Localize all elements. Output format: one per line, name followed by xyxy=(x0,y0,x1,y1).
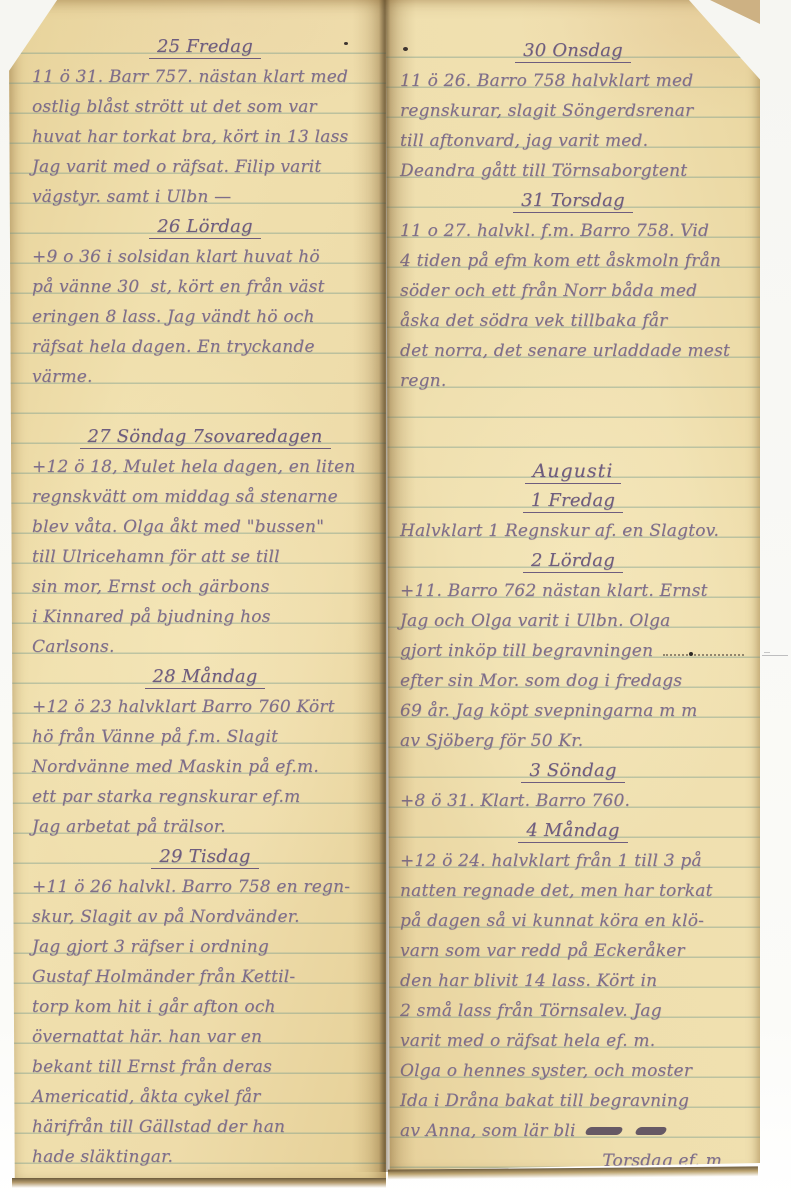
handwriting-line: +12 ö 23 halvklart Barro 760 Kört xyxy=(32,692,378,722)
handwriting-line: vägstyr. samt i Ulbn — xyxy=(32,182,378,212)
handwriting-text: +12 ö 24. halvklart från 1 till 3 på xyxy=(400,846,702,876)
handwriting-text: 4 tiden på efm kom ett åskmoln från xyxy=(400,246,721,276)
handwriting-text: 69 år. Jag köpt svepningarna m m xyxy=(400,696,697,726)
handwriting-text: den har blivit 14 lass. Kört in xyxy=(400,966,657,996)
handwriting-text: Halvklart 1 Regnskur af. en Slagtov. xyxy=(400,516,719,546)
handwriting-line: Americatid, åkta cykel får xyxy=(32,1082,378,1112)
handwriting-line: åska det södra vek tillbaka får xyxy=(400,306,746,336)
handwriting-text: Jag gjort 3 räfser i ordning xyxy=(32,932,269,962)
handwriting-line: 4 tiden på efm kom ett åskmoln från xyxy=(400,246,746,276)
handwriting-text: av Anna, som lär bli xyxy=(400,1116,576,1146)
handwriting-text: Gustaf Holmänder från Kettil- xyxy=(32,962,295,992)
handwriting-text: av Sjöberg för 50 Kr. xyxy=(400,726,583,756)
blank-line xyxy=(32,392,378,422)
handwriting-line: på vänne 30 st, kört en från väst xyxy=(32,272,378,302)
handwriting-line: torp kom hit i går afton och xyxy=(32,992,378,1022)
handwriting-line: efter sin Mor. som dog i fredags xyxy=(400,666,746,696)
handwriting-text: hö från Vänne på f.m. Slagit xyxy=(32,722,278,752)
handwriting-line: Carlsons. xyxy=(32,632,378,662)
handwriting-line: +12 ö 18, Mulet hela dagen, en liten xyxy=(32,452,378,482)
handwriting-line: av Anna, som lär bli xyxy=(400,1116,746,1146)
entry-heading: 28 Måndag xyxy=(32,662,378,692)
handwriting-text: Nordvänne med Maskin på ef.m. xyxy=(32,752,319,782)
handwriting-text: +12 ö 18, Mulet hela dagen, en liten xyxy=(32,452,355,482)
handwriting-line: Nordvänne med Maskin på ef.m. xyxy=(32,752,378,782)
handwriting-line: +9 o 36 i solsidan klart huvat hö xyxy=(32,242,378,272)
handwriting-text: på vänne 30 st, kört en från väst xyxy=(32,272,325,302)
handwriting-text: Jag och Olga varit i Ulbn. Olga xyxy=(400,606,671,636)
handwriting-text: i Kinnared på bjudning hos xyxy=(32,602,271,632)
diary-right-page: 30 Onsdag11 ö 26. Barro 758 halvklart me… xyxy=(386,0,760,1170)
handwriting-line: regn. xyxy=(400,366,746,396)
strikethrough-scribble xyxy=(634,1127,668,1135)
entry-heading-text: 4 Måndag xyxy=(518,820,627,843)
handwriting-text: +11 ö 26 halvkl. Barro 758 en regn- xyxy=(32,872,350,902)
handwriting-text: Jag arbetat på trälsor. xyxy=(32,812,226,842)
handwriting-line: 11 ö 31. Barr 757. nästan klart med xyxy=(32,62,378,92)
handwriting-text: det norra, det senare urladdade mest xyxy=(400,336,730,366)
handwriting-line: Halvklart 1 Regnskur af. en Slagtov. xyxy=(400,516,746,546)
entry-heading-text: 28 Måndag xyxy=(145,666,266,689)
handwriting-line: varit med o räfsat hela ef. m. xyxy=(400,1026,746,1056)
diary-left-page: 25 Fredag11 ö 31. Barr 757. nästan klart… xyxy=(8,0,386,1180)
handwriting-text: regnskvätt om middag så stenarne xyxy=(32,482,338,512)
handwriting-line: det norra, det senare urladdade mest xyxy=(400,336,746,366)
handwriting-text: räfsat hela dagen. En tryckande xyxy=(32,332,315,362)
entry-heading-text: 29 Tisdag xyxy=(151,846,258,869)
entry-heading: Augusti xyxy=(400,456,746,486)
handwriting-text: Torsdag ef. m xyxy=(602,1146,722,1176)
handwriting-line: Jag gjort 3 räfser i ordning xyxy=(32,932,378,962)
entry-heading: 1 Fredag xyxy=(400,486,746,516)
handwriting-line: varn som var redd på Eckeråker xyxy=(400,936,746,966)
handwriting-line: 2 små lass från Törnsalev. Jag xyxy=(400,996,746,1026)
ink-speck xyxy=(403,47,408,51)
handwriting-text: söder och ett från Norr båda med xyxy=(400,276,697,306)
handwriting-line: 69 år. Jag köpt svepningarna m m xyxy=(400,696,746,726)
handwriting-text: ostlig blåst strött ut det som var xyxy=(32,92,317,122)
entry-heading-text: 26 Lördag xyxy=(149,216,261,239)
handwriting-text: bekant till Ernst från deras xyxy=(32,1052,272,1082)
entry-heading: 30 Onsdag xyxy=(400,36,746,66)
handwriting-text: Ida i Dråna bakat till begravning xyxy=(400,1086,689,1116)
handwriting-line: regnskurar, slagit Söngerdsrenar xyxy=(400,96,746,126)
entry-heading: 2 Lördag xyxy=(400,546,746,576)
entry-heading-text: 27 Söndag 7sovaredagen xyxy=(80,426,331,449)
entry-heading: 29 Tisdag xyxy=(32,842,378,872)
handwriting-line: Torsdag ef. m xyxy=(400,1146,746,1176)
handwriting-text: Americatid, åkta cykel får xyxy=(32,1082,261,1112)
handwriting-line: ett par starka regnskurar ef.m xyxy=(32,782,378,812)
handwriting-line: ostlig blåst strött ut det som var xyxy=(32,92,378,122)
entry-heading: 3 Söndag xyxy=(400,756,746,786)
handwriting-line: värme. xyxy=(32,362,378,392)
handwriting-line: +12 ö 24. halvklart från 1 till 3 på xyxy=(400,846,746,876)
entry-heading: 31 Torsdag xyxy=(400,186,746,216)
handwriting-line: den har blivit 14 lass. Kört in xyxy=(400,966,746,996)
underlying-page-corner xyxy=(710,0,760,24)
right-page-text: 30 Onsdag11 ö 26. Barro 758 halvklart me… xyxy=(386,0,760,1170)
handwriting-line: +11. Barro 762 nästan klart. Ernst xyxy=(400,576,746,606)
handwriting-text: huvat har torkat bra, kört in 13 lass xyxy=(32,122,348,152)
handwriting-line: natten regnade det, men har torkat xyxy=(400,876,746,906)
handwriting-line: gjort inköp till begravningen xyxy=(400,636,746,666)
left-page-text: 25 Fredag11 ö 31. Barr 757. nästan klart… xyxy=(8,0,386,1180)
handwriting-line: i Kinnared på bjudning hos xyxy=(32,602,378,632)
handwriting-line: söder och ett från Norr båda med xyxy=(400,276,746,306)
handwriting-text: 11 ö 31. Barr 757. nästan klart med xyxy=(32,62,348,92)
handwriting-text: på dagen så vi kunnat köra en klö- xyxy=(400,906,704,936)
entry-heading: 27 Söndag 7sovaredagen xyxy=(32,422,378,452)
handwriting-line: Jag och Olga varit i Ulbn. Olga xyxy=(400,606,746,636)
handwriting-text: regn. xyxy=(400,366,446,396)
handwriting-line: Gustaf Holmänder från Kettil- xyxy=(32,962,378,992)
handwriting-text: härifrån till Gällstad der han xyxy=(32,1112,285,1142)
handwriting-line: bekant till Ernst från deras xyxy=(32,1052,378,1082)
entry-heading-text: 25 Fredag xyxy=(149,36,261,59)
handwriting-text: värme. xyxy=(32,362,93,392)
handwriting-text: +9 o 36 i solsidan klart huvat hö xyxy=(32,242,320,272)
handwriting-line: +11 ö 26 halvkl. Barro 758 en regn- xyxy=(32,872,378,902)
handwriting-text: sin mor, Ernst och gärbons xyxy=(32,572,270,602)
handwriting-text: ett par starka regnskurar ef.m xyxy=(32,782,300,812)
handwriting-text: 2 små lass från Törnsalev. Jag xyxy=(400,996,662,1026)
handwriting-text: torp kom hit i går afton och xyxy=(32,992,276,1022)
margin-pencil-mark xyxy=(762,651,788,661)
handwriting-text: till Ulricehamn för att se till xyxy=(32,542,280,572)
handwriting-text: varn som var redd på Eckeråker xyxy=(400,936,685,966)
ink-speck xyxy=(689,652,693,656)
entry-heading-text: 31 Torsdag xyxy=(513,190,633,213)
handwriting-text: varit med o räfsat hela ef. m. xyxy=(400,1026,655,1056)
handwriting-text: Carlsons. xyxy=(32,632,115,662)
handwriting-line: Deandra gått till Törnsaborgtent xyxy=(400,156,746,186)
handwriting-line: 11 ö 26. Barro 758 halvklart med xyxy=(400,66,746,96)
blank-line xyxy=(400,426,746,456)
handwriting-line: på dagen så vi kunnat köra en klö- xyxy=(400,906,746,936)
handwriting-text: efter sin Mor. som dog i fredags xyxy=(400,666,682,696)
handwriting-line: till aftonvard, jag varit med. xyxy=(400,126,746,156)
handwriting-line: till Ulricehamn för att se till xyxy=(32,542,378,572)
handwriting-line: räfsat hela dagen. En tryckande xyxy=(32,332,378,362)
handwriting-text: vägstyr. samt i Ulbn — xyxy=(32,182,231,212)
handwriting-text: +8 ö 31. Klart. Barro 760. xyxy=(400,786,630,816)
entry-heading-text: Augusti xyxy=(525,460,622,484)
handwriting-line: av Sjöberg för 50 Kr. xyxy=(400,726,746,756)
handwriting-line: Ida i Dråna bakat till begravning xyxy=(400,1086,746,1116)
handwriting-line: Jag varit med o räfsat. Filip varit xyxy=(32,152,378,182)
handwriting-text: natten regnade det, men har torkat xyxy=(400,876,713,906)
handwriting-line: övernattat här. han var en xyxy=(32,1022,378,1052)
handwriting-text: blev våta. Olga åkt med "bussen" xyxy=(32,512,324,542)
handwriting-text: hade släktingar. xyxy=(32,1142,173,1172)
handwriting-text: 11 ö 26. Barro 758 halvklart med xyxy=(400,66,693,96)
handwriting-text: +11. Barro 762 nästan klart. Ernst xyxy=(400,576,708,606)
handwriting-line: Olga o hennes syster, och moster xyxy=(400,1056,746,1086)
handwriting-text: regnskurar, slagit Söngerdsrenar xyxy=(400,96,693,126)
entry-heading: 4 Måndag xyxy=(400,816,746,846)
handwriting-line: regnskvätt om middag så stenarne xyxy=(32,482,378,512)
strikethrough-scribble xyxy=(584,1127,624,1135)
handwriting-text: eringen 8 lass. Jag vändt hö och xyxy=(32,302,315,332)
handwriting-text: åska det södra vek tillbaka får xyxy=(400,306,668,336)
handwriting-line: 11 o 27. halvkl. f.m. Barro 758. Vid xyxy=(400,216,746,246)
handwriting-text: till aftonvard, jag varit med. xyxy=(400,126,648,156)
handwriting-line: eringen 8 lass. Jag vändt hö och xyxy=(32,302,378,332)
handwriting-line: skur, Slagit av på Nordvänder. xyxy=(32,902,378,932)
handwriting-text: Jag varit med o räfsat. Filip varit xyxy=(32,152,321,182)
handwriting-text: +12 ö 23 halvklart Barro 760 Kört xyxy=(32,692,335,722)
entry-heading: 25 Fredag xyxy=(32,32,378,62)
handwriting-text: skur, Slagit av på Nordvänder. xyxy=(32,902,300,932)
handwriting-text: gjort inköp till begravningen xyxy=(400,636,653,666)
ink-speck xyxy=(344,42,348,45)
handwriting-line: huvat har torkat bra, kört in 13 lass xyxy=(32,122,378,152)
entry-heading-text: 3 Söndag xyxy=(521,760,624,783)
entry-heading-text: 30 Onsdag xyxy=(515,40,631,63)
handwriting-text: Deandra gått till Törnsaborgtent xyxy=(400,156,687,186)
handwriting-text: 11 o 27. halvkl. f.m. Barro 758. Vid xyxy=(400,216,709,246)
entry-heading-text: 2 Lördag xyxy=(523,550,623,573)
handwriting-line: sin mor, Ernst och gärbons xyxy=(32,572,378,602)
handwriting-line: Jag arbetat på trälsor. xyxy=(32,812,378,842)
handwriting-line: härifrån till Gällstad der han xyxy=(32,1112,378,1142)
dotted-trail xyxy=(663,654,744,656)
handwriting-line: blev våta. Olga åkt med "bussen" xyxy=(32,512,378,542)
handwriting-line: hö från Vänne på f.m. Slagit xyxy=(32,722,378,752)
handwriting-line: +8 ö 31. Klart. Barro 760. xyxy=(400,786,746,816)
handwriting-text: Olga o hennes syster, och moster xyxy=(400,1056,692,1086)
blank-line xyxy=(400,396,746,426)
diary-scan: 25 Fredag11 ö 31. Barr 757. nästan klart… xyxy=(0,0,791,1200)
entry-heading-text: 1 Fredag xyxy=(523,490,623,513)
handwriting-line: hade släktingar. xyxy=(32,1142,378,1172)
entry-heading: 26 Lördag xyxy=(32,212,378,242)
handwriting-text: övernattat här. han var en xyxy=(32,1022,262,1052)
